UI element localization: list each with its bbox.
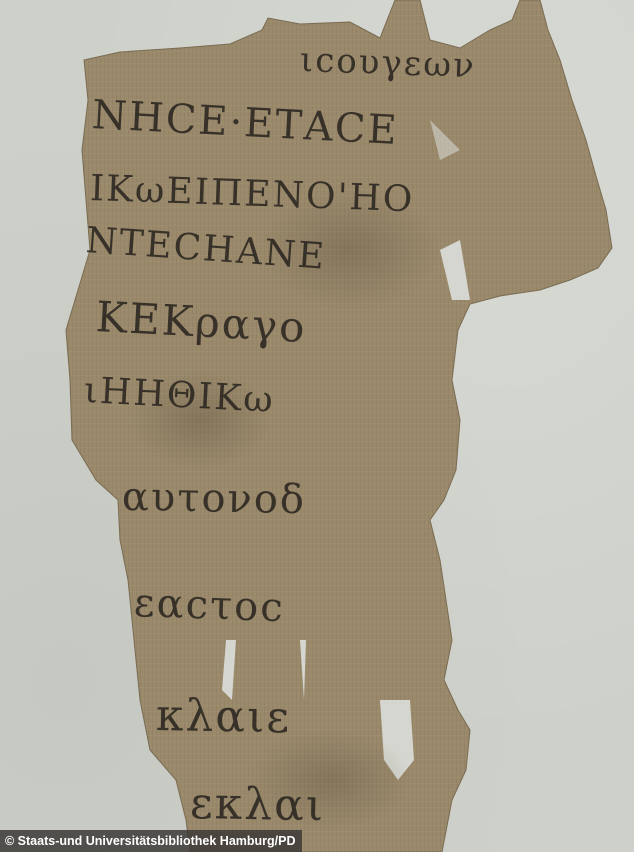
papyrus-line-7: αυτονοδ [122,474,307,523]
papyrus-line-9: κλαιε [156,690,292,743]
papyrus-line-1: ιcουγεων [299,40,476,86]
papyrus-line-10: εκλαι [190,778,326,831]
papyrus-line-8: εαcτοc [133,580,285,631]
photo-credit-caption: © Staats-und Universitätsbibliothek Hamb… [0,830,302,852]
